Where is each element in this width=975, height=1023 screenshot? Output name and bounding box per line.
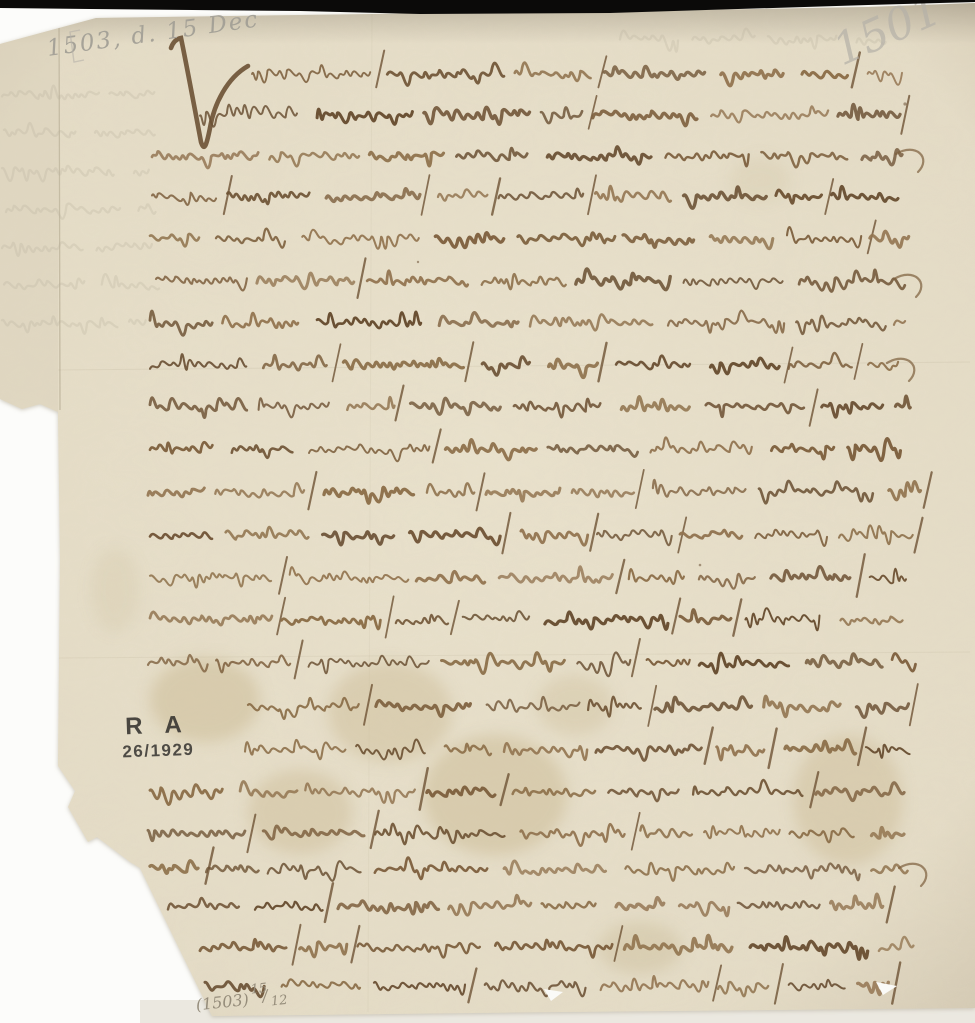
bottom-note-month: 12	[270, 993, 288, 1010]
scanned-letter-page: 1503, d. 15 Dec 1501 R A 26/1929 (1503) …	[0, 0, 975, 1023]
manuscript-scan: 1503, d. 15 Dec 1501 R A 26/1929 (1503) …	[0, 0, 975, 1023]
archive-stamp-number: 26/1929	[122, 740, 195, 761]
archive-stamp-letters: R A	[125, 711, 190, 740]
archive-stamp: R A 26/1929	[121, 711, 195, 761]
fold-crease-vertical	[59, 12, 60, 410]
